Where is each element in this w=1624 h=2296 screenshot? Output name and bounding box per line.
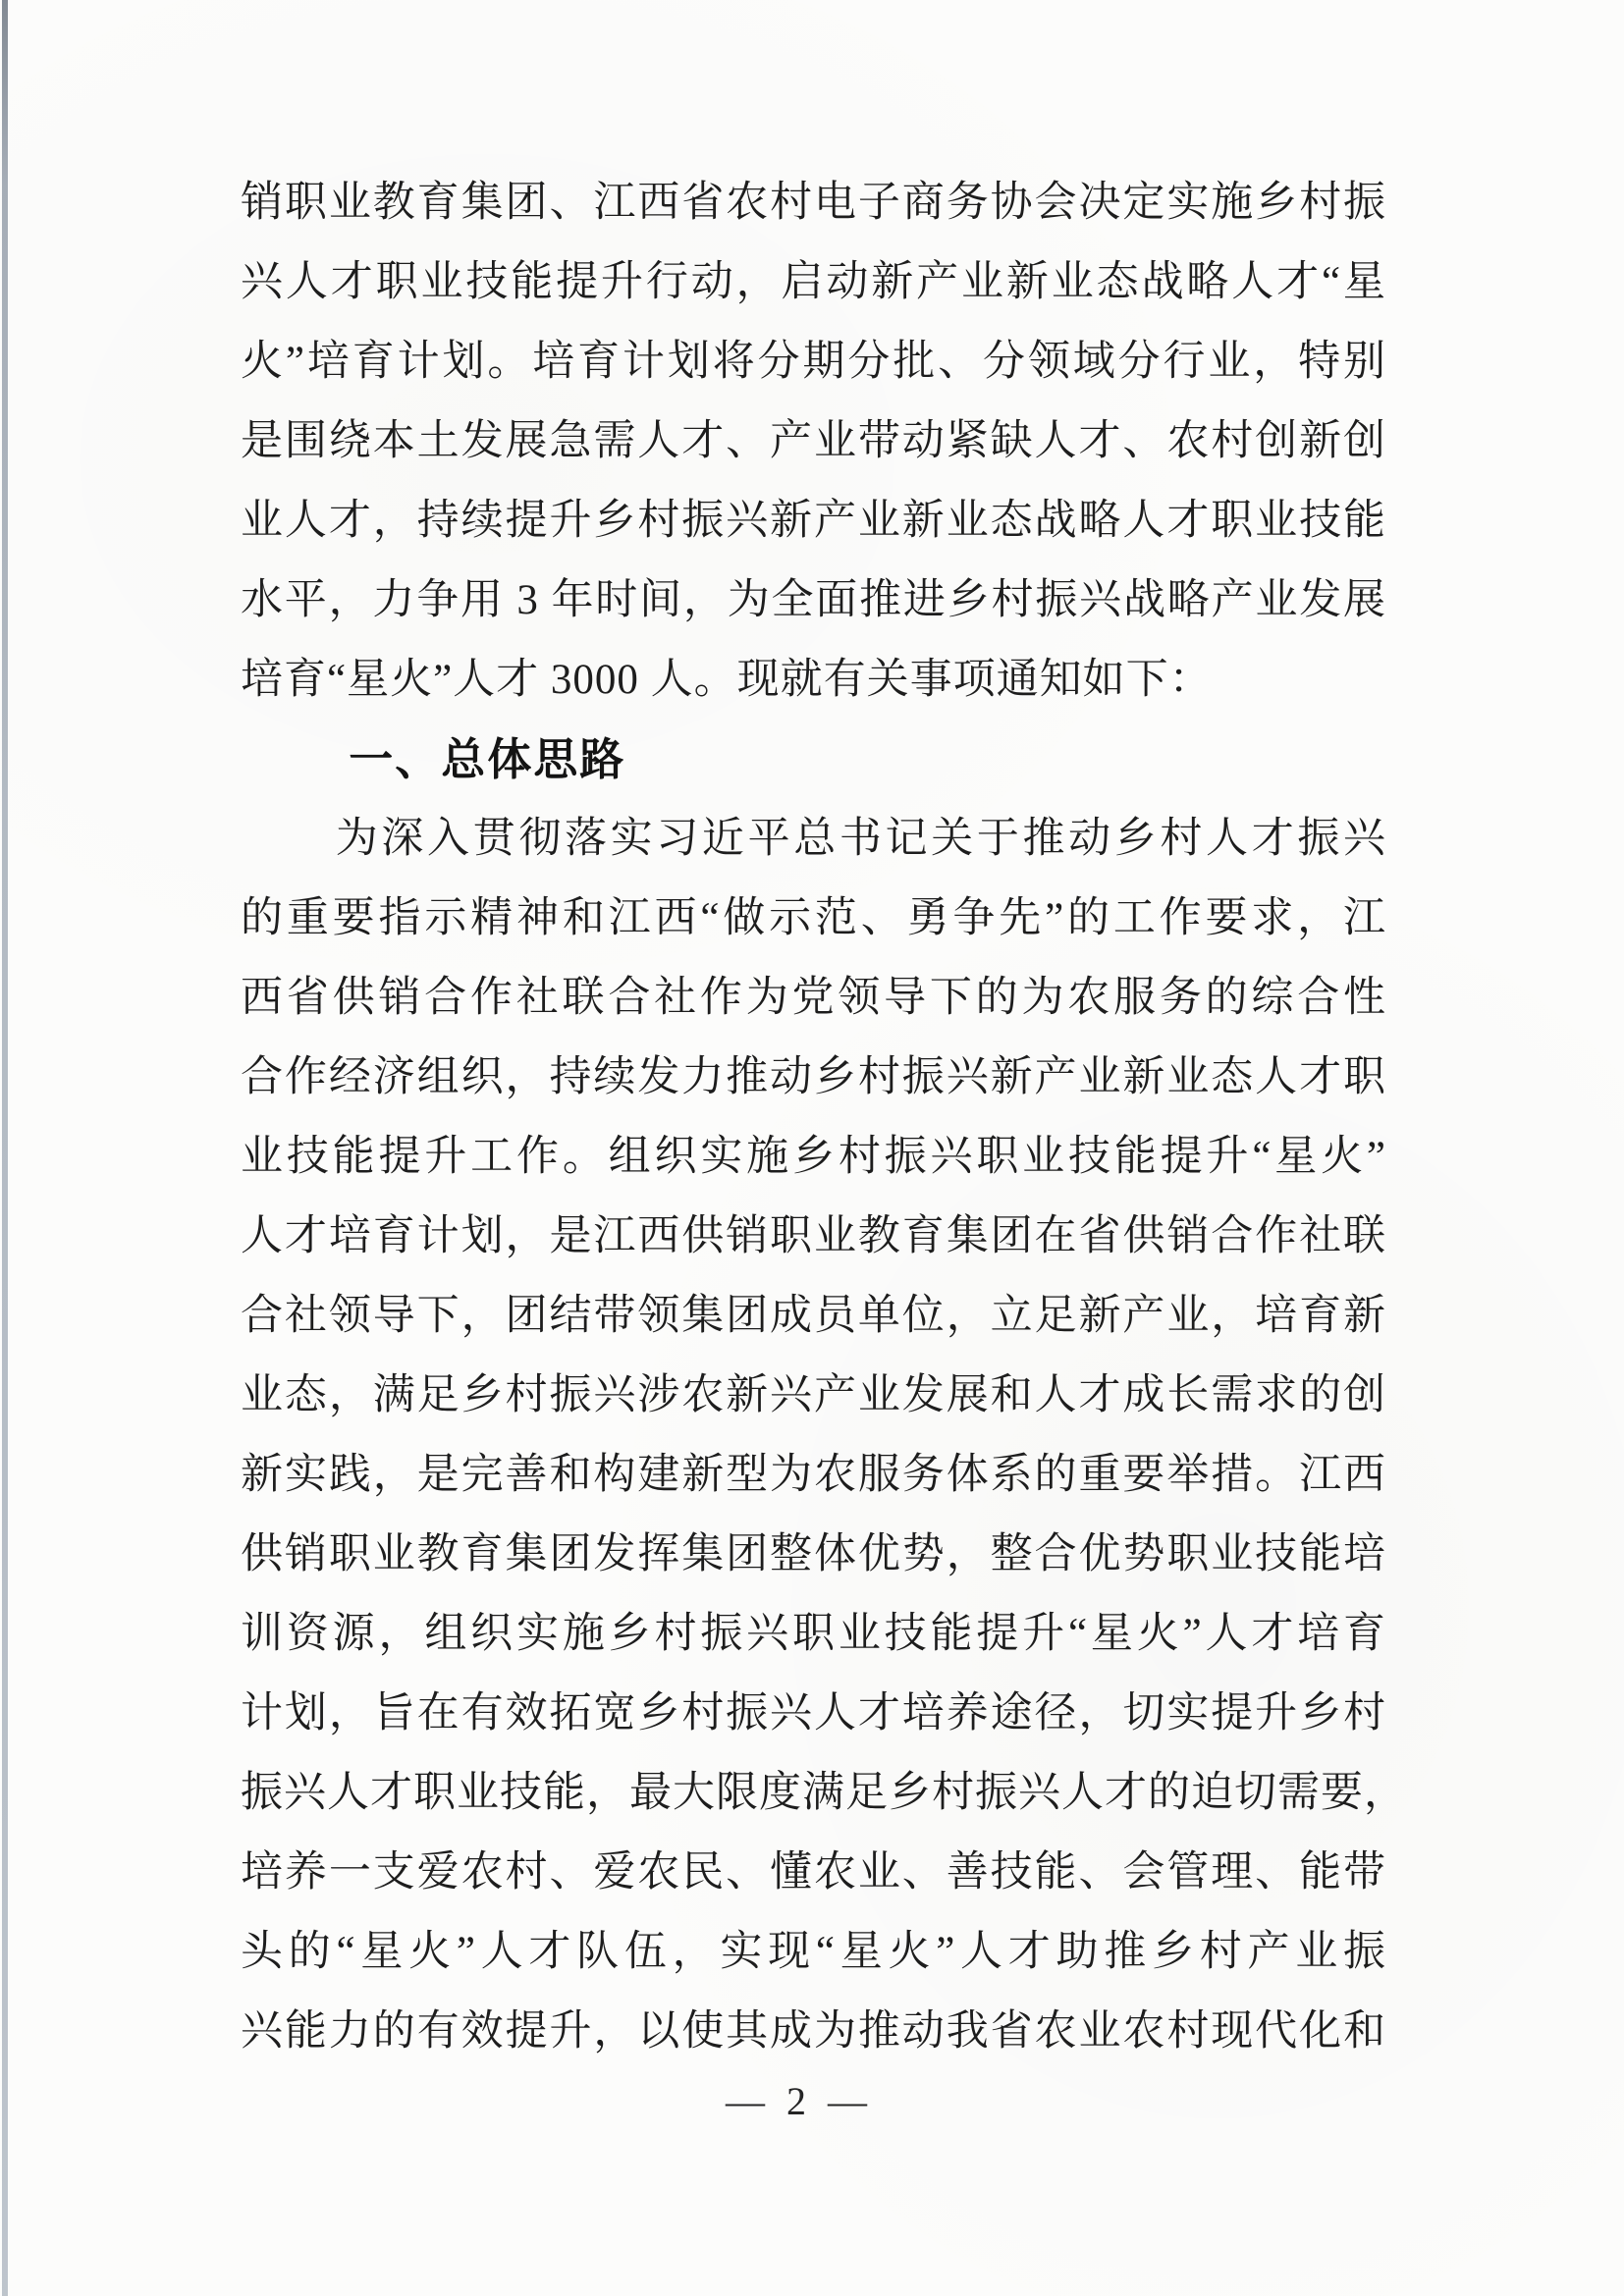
- text-line: 销职业教育集团、江西省农村电子商务协会决定实施乡村振: [241, 163, 1386, 242]
- text-line: 兴能力的有效提升，以使其成为推动我省农业农村现代化和: [241, 1992, 1386, 2071]
- text-line: 兴人才职业技能提升行动，启动新产业新业态战略人才“星: [241, 242, 1386, 322]
- text-line: 业技能提升工作。组织实施乡村振兴职业技能提升“星火”: [241, 1117, 1386, 1197]
- document-page: 销职业教育集团、江西省农村电子商务协会决定实施乡村振兴人才职业技能提升行动，启动…: [0, 0, 1624, 2296]
- text-line: 培育“星火”人才 3000 人。现就有关事项通知如下：: [241, 640, 1386, 720]
- scan-edge-artifact: [2, 0, 8, 2296]
- text-line: 业人才，持续提升乡村振兴新产业新业态战略人才职业技能: [241, 481, 1386, 561]
- text-line: 合作经济组织，持续发力推动乡村振兴新产业新业态人才职: [241, 1038, 1386, 1117]
- text-line: 火”培育计划。培育计划将分期分批、分领域分行业，特别: [241, 322, 1386, 401]
- text-line: 振兴人才职业技能，最大限度满足乡村振兴人才的迫切需要，: [241, 1753, 1386, 1833]
- text-line: 供销职业教育集团发挥集团整体优势，整合优势职业技能培: [241, 1515, 1386, 1594]
- text-line: 头的“星火”人才队伍，实现“星火”人才助推乡村产业振: [241, 1912, 1386, 1992]
- text-line: 新实践，是完善和构建新型为农服务体系的重要举措。江西: [241, 1435, 1386, 1515]
- text-line: 的重要指示精神和江西“做示范、勇争先”的工作要求，江: [241, 879, 1386, 958]
- text-line: 合社领导下，团结带领集团成员单位，立足新产业，培育新: [241, 1276, 1386, 1356]
- text-line: 为深入贯彻落实习近平总书记关于推动乡村人才振兴: [241, 799, 1386, 879]
- text-line: 计划，旨在有效拓宽乡村振兴人才培养途径，切实提升乡村: [241, 1674, 1386, 1753]
- text-line: 水平，力争用 3 年时间，为全面推进乡村振兴战略产业发展: [241, 561, 1386, 640]
- text-line: 西省供销合作社联合社作为党领导下的为农服务的综合性: [241, 958, 1386, 1038]
- text-line: 是围绕本土发展急需人才、产业带动紧缺人才、农村创新创: [241, 401, 1386, 481]
- text-line: 训资源，组织实施乡村振兴职业技能提升“星火”人才培育: [241, 1594, 1386, 1674]
- text-line: 业态，满足乡村振兴涉农新兴产业发展和人才成长需求的创: [241, 1356, 1386, 1435]
- text-line: 培养一支爱农村、爱农民、懂农业、善技能、会管理、能带: [241, 1833, 1386, 1912]
- text-block: 销职业教育集团、江西省农村电子商务协会决定实施乡村振兴人才职业技能提升行动，启动…: [241, 163, 1386, 2071]
- text-line: 人才培育计划，是江西供销职业教育集团在省供销合作社联: [241, 1197, 1386, 1276]
- page-number: — 2 —: [0, 2067, 1611, 2136]
- section-heading: 一、总体思路: [241, 720, 1386, 799]
